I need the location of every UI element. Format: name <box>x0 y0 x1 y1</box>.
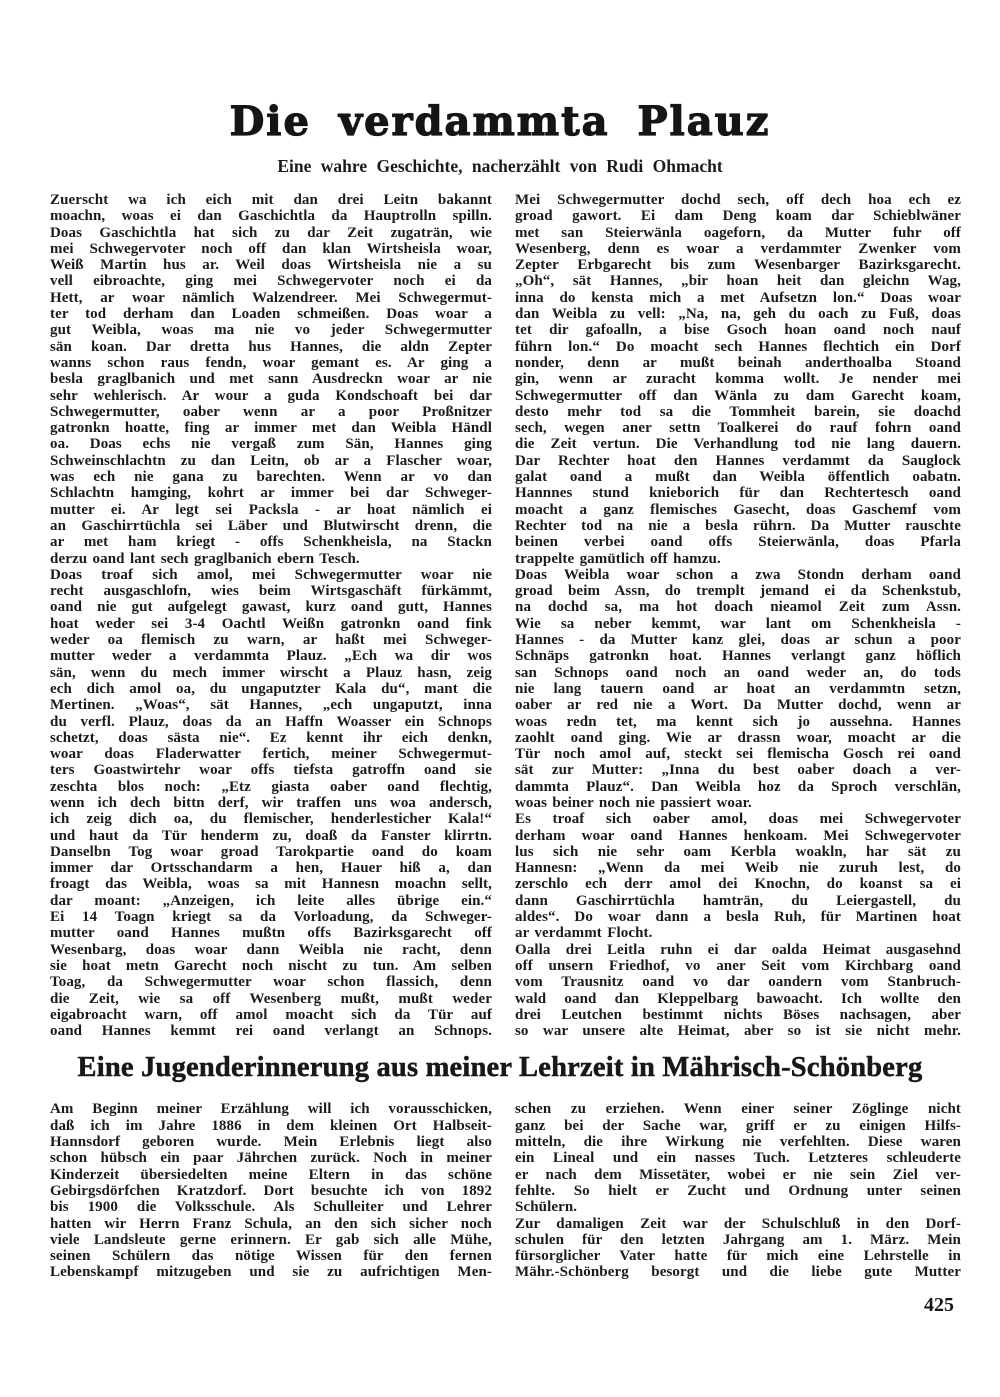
text-line: Kinderzeit übersiedelten meine Eltern in… <box>50 1167 492 1183</box>
text-line: tet dir gafoalln, a bise Gsoch hoan oand… <box>515 322 961 338</box>
text-line: hatten wir Herrn Franz Schula, an den si… <box>50 1216 492 1232</box>
text-line: froagt das Weibla, woas sa mit Hannesn m… <box>50 876 492 892</box>
text-line: fehlte. So hielt er Zucht und Ordnung un… <box>515 1183 961 1199</box>
text-line: Schweinschlachtn zu dan Leitn, ob ar a F… <box>50 453 492 469</box>
text-line: recht ausgaschlofn, wies beim Wirtsgasch… <box>50 583 492 599</box>
text-line: und haut da Tür henderm zu, doaß da Fans… <box>50 828 492 844</box>
text-line: schen zu erziehen. Wenn einer seiner Zög… <box>515 1101 961 1117</box>
text-line: ganz bei der Sache war, griff er zu eini… <box>515 1118 961 1134</box>
text-line: Doas Weibla woar schon a zwa Stondn derh… <box>515 567 961 583</box>
text-line: woas beiner noch nie passiert woar. <box>515 795 961 811</box>
text-line: Schwegermutter off dan Wänla zu dam Gare… <box>515 388 961 404</box>
text-line: dann Gaschirrtüchla hamträn, du Leiergas… <box>515 893 961 909</box>
text-line: Wesenberg, denn es woar a verdammter Zwe… <box>515 241 961 257</box>
text-line: na dochd sa, ma hot doach nieamol Zeit z… <box>515 599 961 615</box>
text-line: Rechter tod na nie a besla rührn. Da Mut… <box>515 518 961 534</box>
text-line: mei Schwegervoter noch off dan klan Wirt… <box>50 241 492 257</box>
text-line: sän koan. Dar dretta hus Hannes, die ald… <box>50 339 492 355</box>
text-line: Lebenskampf mitzugeben und sie zu aufric… <box>50 1264 492 1280</box>
text-line: wald oand dan Kleppelbarg bawoacht. Ich … <box>515 991 961 1007</box>
text-line: führn lon.“ Do moacht sech Hannes flecht… <box>515 339 961 355</box>
text-line: ein Lineal und ein nasses Tuch. Letztere… <box>515 1150 961 1166</box>
text-line: Hannes - da Mutter kanz glei, doas ar sc… <box>515 632 961 648</box>
text-line: mutter ei. Ar legt sei Packsla - ar hoat… <box>50 502 492 518</box>
text-line: Am Beginn meiner Erzählung will ich vora… <box>50 1101 492 1117</box>
text-line: woar doas Fladerwatter fertich, meiner S… <box>50 746 492 762</box>
text-line: trappelte gamütlich off hamzu. <box>515 551 961 567</box>
text-line: ich zeig dich oa, du flemischer, henderl… <box>50 811 492 827</box>
text-line: groad gawort. Ei dam Deng koam dar Schie… <box>515 208 961 224</box>
text-line: oand nie gut aufgelegt gawast, kurz oand… <box>50 599 492 615</box>
text-line: dan Weibla zu vell: „Na, na, geh du oach… <box>515 306 961 322</box>
text-line: mitteln, die ihre Wirkung nie verfehlten… <box>515 1134 961 1150</box>
text-line: schulen für den letzten Jahrgang am 1. M… <box>515 1232 961 1248</box>
text-line: derham woar oand Hannes henkoam. Mei Sch… <box>515 828 961 844</box>
text-line: weder oa flemisch zu warn, ar haßt mei S… <box>50 632 492 648</box>
text-line: vom Trausnitz oand vo dar oandern vom St… <box>515 974 961 990</box>
text-line: viele Landsleute gerne erinnern. Er gab … <box>50 1232 492 1248</box>
text-line: hoat weder sei 3-4 Oachtl Weißn gatronkn… <box>50 616 492 632</box>
text-line: sän, wenn du mech immer wirscht a Plauz … <box>50 665 492 681</box>
text-line: ech dich amol oa, du ungaputzter Kala du… <box>50 681 492 697</box>
text-line: Toag, da Schwegermutter woar schon flass… <box>50 974 492 990</box>
text-line: Schülern. <box>515 1199 961 1215</box>
text-line: Doas Gaschichtla hat sich zu dar Zeit zu… <box>50 225 492 241</box>
text-line: gatronkn hoatte, fing ar immer met dan W… <box>50 420 492 436</box>
text-line: oaber ar red nie a Wort. Da Mutter dochd… <box>515 697 961 713</box>
text-line: off unsern Friedhof, vo aner Seit vom Ki… <box>515 958 961 974</box>
text-line: mutter oand Hannes mußtn offs Bazirksgar… <box>50 925 492 941</box>
scanned-newspaper-page: Die verdammta Plauz Eine wahre Geschicht… <box>0 0 1000 1397</box>
text-line: zeschta blos noch: „Etz giasta oaber oan… <box>50 779 492 795</box>
text-line: aldes“. Do woar dann a besla Ruh, für Ma… <box>515 909 961 925</box>
text-line: wanns schon raus fendn, woar gemant es. … <box>50 355 492 371</box>
text-line: groad beim Assn, do tremplt jemand ei da… <box>515 583 961 599</box>
text-line: moachn, woas ei dan Gaschichtla da Haupt… <box>50 208 492 224</box>
text-line: sehr wehlerisch. Ar wour a guda Kondscho… <box>50 388 492 404</box>
text-line: sech, wegen aner settn Toalkerei do rauf… <box>515 420 961 436</box>
text-line: besla graglbanich und met sann Ausdreckn… <box>50 371 492 387</box>
text-column: Mei Schwegermutter dochd sech, off dech … <box>515 192 961 1039</box>
text-line: zerschlo ech derr amol dei Knochn, do ko… <box>515 876 961 892</box>
article1-title: Die verdammta Plauz <box>0 98 1000 145</box>
text-line: zaohlt oand ging. Wie ar drassn woar, mo… <box>515 730 961 746</box>
text-line: Zepter Erbgarecht bis zum Wesenbarger Ba… <box>515 257 961 273</box>
text-line: ters Goastwirtehr woar offs tiefsta gatr… <box>50 762 492 778</box>
text-line: mutter weder a verdammta Plauz. „Ech wa … <box>50 648 492 664</box>
text-line: woas redn tet, ma kennt sich jo aussehna… <box>515 714 961 730</box>
article1-body: Zuerscht wa ich eich mit dan drei Leitn … <box>0 192 1000 1039</box>
text-line: Schlachtn hamging, kohrt ar immer bei da… <box>50 485 492 501</box>
text-column: schen zu erziehen. Wenn einer seiner Zög… <box>515 1101 961 1280</box>
text-line: seinen Schülern das nötige Wissen für de… <box>50 1248 492 1264</box>
text-line: was ech nie gana zu barechten. Wenn ar v… <box>50 469 492 485</box>
text-line: er nach dem Missetäter, wobei er nie sei… <box>515 1167 961 1183</box>
text-line: Tür noch amol auf, steckt sei flemischa … <box>515 746 961 762</box>
text-line: so war unsere alte Heimat, aber so ist s… <box>515 1023 961 1039</box>
text-line: Zuerscht wa ich eich mit dan drei Leitn … <box>50 192 492 208</box>
text-line: moacht a ganz flemisches Gasecht, doas G… <box>515 502 961 518</box>
text-line: inna do kensta mich a met Aufsetzn lon.“… <box>515 290 961 306</box>
article2-title: Eine Jugenderinnerung aus meiner Lehrzei… <box>0 1052 1000 1084</box>
text-line: oand Hannes kemmt rei oand verlangt an S… <box>50 1023 492 1039</box>
text-line: Schnäps gatronkn hoat. Hannes verlangt g… <box>515 648 961 664</box>
text-line: derzu oand lant sech graglbanich ebern T… <box>50 551 492 567</box>
text-line: daß ich im Jahre 1886 in dem kleinen Ort… <box>50 1118 492 1134</box>
text-line: „Oh“, sät Hannes, „bir hoan heit dan gle… <box>515 273 961 289</box>
text-line: Es troaf sich oaber amol, doas mei Schwe… <box>515 811 961 827</box>
text-line: Mei Schwegermutter dochd sech, off dech … <box>515 192 961 208</box>
text-line: Hannsdorf geboren wurde. Mein Erlebnis l… <box>50 1134 492 1150</box>
text-line: Wesenbarg, doas woar dann Weibla nie rac… <box>50 942 492 958</box>
text-line: Weiß Martin hus ar. Weil doas Wirtsheisl… <box>50 257 492 273</box>
text-line: beinen verbei oand offs Steierwänla, doa… <box>515 534 961 550</box>
text-line: gin, wenn ar zuracht komma wollt. Je nen… <box>515 371 961 387</box>
article1-subtitle: Eine wahre Geschichte, nacherzählt von R… <box>0 156 1000 177</box>
text-line: die Zeit, wie sa off Wesenberg mußt, muß… <box>50 991 492 1007</box>
text-line: Oalla drei Leitla ruhn ei dar oalda Heim… <box>515 942 961 958</box>
text-line: dammta Plauz“. Dan Weibla hoz da Sproch … <box>515 779 961 795</box>
text-line: du verfl. Plauz, doas da an Haffn Woasse… <box>50 714 492 730</box>
text-line: fürsorglicher Vater hatte für mich eine … <box>515 1248 961 1264</box>
text-line: Ei 14 Toagn kriegt sa da Vorloadung, da … <box>50 909 492 925</box>
text-line: Hett, ar woar nämlich Walzendreer. Mei S… <box>50 290 492 306</box>
text-line: schon hübsch ein paar Jährchen zurück. N… <box>50 1150 492 1166</box>
text-line: gut Weibla, woas ma nie vo jeder Schwege… <box>50 322 492 338</box>
text-line: ter tod derham dan Loaden schmeißen. Doa… <box>50 306 492 322</box>
text-line: an Gaschirrtüchla sei Läber und Blutwirs… <box>50 518 492 534</box>
text-line: vell eibroachte, ging mei Schwegervoter … <box>50 273 492 289</box>
text-column: Am Beginn meiner Erzählung will ich vora… <box>50 1101 492 1280</box>
text-column: Zuerscht wa ich eich mit dan drei Leitn … <box>50 192 492 1039</box>
text-line: dar moant: „Anzeigen, ich leite alles üb… <box>50 893 492 909</box>
article2-body: Am Beginn meiner Erzählung will ich vora… <box>0 1101 1000 1280</box>
text-line: nie lang tauern oand ar hoat an verdammt… <box>515 681 961 697</box>
text-line: bis 1900 die Volksschule. Als Schulleite… <box>50 1199 492 1215</box>
text-line: Hannesn: „Wenn da mei Weib nie zuruh les… <box>515 860 961 876</box>
text-line: wenn ich dech bittn derf, wir traffen un… <box>50 795 492 811</box>
text-line: drei Leutchen bestimmt nichts Böses nach… <box>515 1007 961 1023</box>
text-line: galat oand a mußt dan Weibla öffentlich … <box>515 469 961 485</box>
text-line: ar verdammt Flocht. <box>515 925 961 941</box>
text-line: Hannnes stund knieborich für dan Rechter… <box>515 485 961 501</box>
text-line: Gebirgsdörfchen Kratzdorf. Dort besuchte… <box>50 1183 492 1199</box>
text-line: desto mehr tod sa die Tommheit barein, s… <box>515 404 961 420</box>
text-line: ar met ham kriegt - offs Schenkheisla, n… <box>50 534 492 550</box>
text-line: met san Steierwänla oageforn, da Mutter … <box>515 225 961 241</box>
text-line: Zur damaligen Zeit war der Schulschluß i… <box>515 1216 961 1232</box>
text-line: Dar Rechter hoat den Hannes verdammt da … <box>515 453 961 469</box>
text-line: Danselbn Tog woar groad Tarokpartie oand… <box>50 844 492 860</box>
text-line: lus sich nie sehr oam Kerbla woakln, har… <box>515 844 961 860</box>
text-line: Schwegermutter, oaber wenn ar a poor Pro… <box>50 404 492 420</box>
text-line: eigabroacht warn, off amol moacht sich d… <box>50 1007 492 1023</box>
text-line: nonder, denn ar mußt beinah anderthoalba… <box>515 355 961 371</box>
page-number: 425 <box>0 1294 1000 1317</box>
text-line: die Zeit vertun. Die Verhandlung tod nie… <box>515 436 961 452</box>
text-line: Wie sa neber kemmt, war lant om Schenkhe… <box>515 616 961 632</box>
text-line: Mertinen. „Woas“, sät Hannes, „ech ungap… <box>50 697 492 713</box>
text-line: san Schnops oand noch an oand weder an, … <box>515 665 961 681</box>
text-line: immer dar Ortsschandarm a hen, Hauer hiß… <box>50 860 492 876</box>
text-line: schetzt, doas sästa nie“. Ez kennt ihr e… <box>50 730 492 746</box>
text-line: sät zur Mutter: „Inna du best oaber doac… <box>515 762 961 778</box>
text-line: sie hoat metn Garecht noch nischt zu tun… <box>50 958 492 974</box>
text-line: Mähr.-Schönberg besorgt und die liebe gu… <box>515 1264 961 1280</box>
text-line: oa. Doas echs nie vergaß zum Sän, Hannes… <box>50 436 492 452</box>
text-line: Doas troaf sich amol, mei Schwegermutter… <box>50 567 492 583</box>
